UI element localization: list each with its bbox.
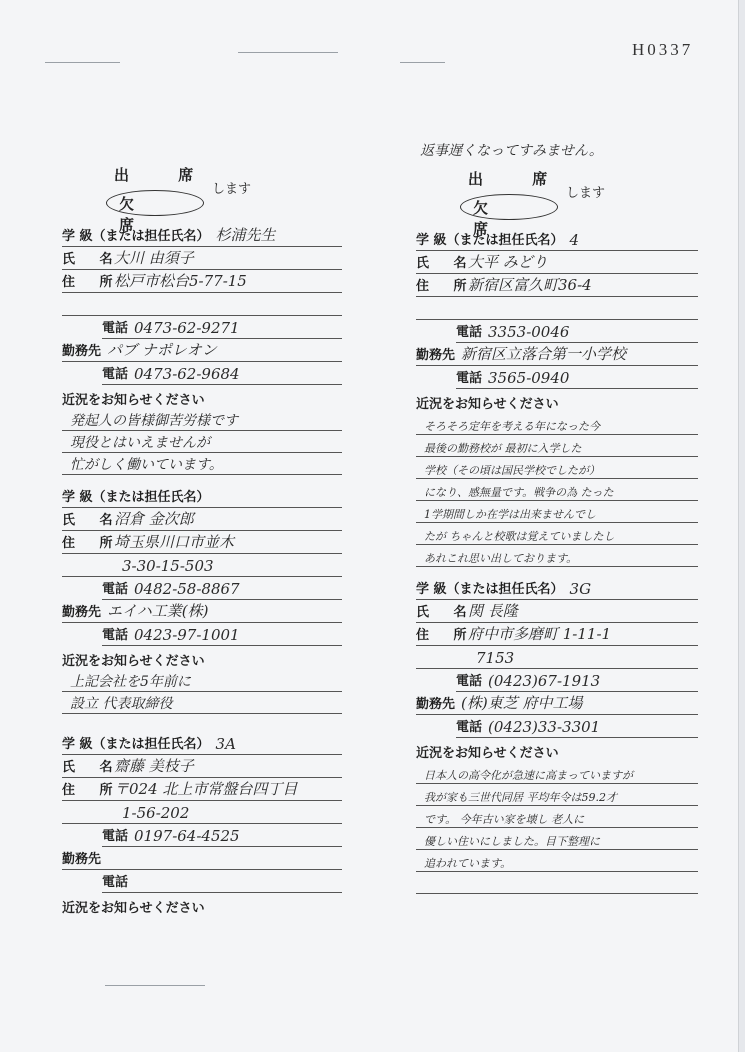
name-label: 氏 名 <box>62 248 108 269</box>
news-line: 最後の勤務校が 最初に入学した <box>416 435 698 457</box>
address-row-2 <box>62 293 342 316</box>
phone-row: 電話 0473-62-9271 <box>102 316 342 339</box>
name-value: 沼倉 金次郎 <box>108 508 194 530</box>
work-value: 新宿区立落合第一小学校 <box>455 343 626 365</box>
phone-row: 電話 3353-0046 <box>456 320 698 343</box>
class-row: 学 級（または担任氏名） 4 <box>416 228 698 251</box>
name-row: 氏 名 齋藤 美枝子 <box>62 755 342 778</box>
name-label: 氏 名 <box>62 509 108 530</box>
name-value: 関 長隆 <box>462 600 518 622</box>
work-phone-label: 電話 <box>102 624 128 645</box>
work-phone-label: 電話 <box>102 363 128 384</box>
phone-row: 電話 0197-64-4525 <box>102 824 342 847</box>
address-label: 住 所 <box>416 624 462 645</box>
work-row: 勤務先 パブ ナポレオン <box>62 339 342 362</box>
attend-option: 出 席 <box>468 168 569 189</box>
name-value: 大平 みどり <box>462 251 548 273</box>
news-line: 発起人の皆様御苦労様です <box>62 409 342 431</box>
news-label: 近況をお知らせください <box>416 738 698 762</box>
work-row: 勤務先 <box>62 847 342 870</box>
work-value <box>101 868 107 869</box>
address-value-2: 1-56-202 <box>62 804 189 823</box>
address-value: 〒024 北上市常盤台四丁目 <box>108 778 297 800</box>
attendance-choice: 出 席 欠 席 します <box>416 164 698 228</box>
scan-page-edge <box>738 0 745 1052</box>
address-label: 住 所 <box>62 779 108 800</box>
news-label: 近況をお知らせください <box>62 385 342 409</box>
work-phone-row: 電話 (0423)33-3301 <box>456 715 698 738</box>
scan-artifact-line <box>400 62 445 63</box>
news-label: 近況をお知らせください <box>416 389 698 413</box>
work-row: 勤務先 エイハ工業(株) <box>62 600 342 623</box>
news-line: 設立 代表取締役 <box>62 692 342 714</box>
address-value-2: 7153 <box>416 649 514 668</box>
attendance-choice: 出 席 欠 席 します <box>62 160 342 224</box>
class-row: 学 級（または担任氏名） 3A <box>62 732 342 755</box>
news-label: 近況をお知らせください <box>62 646 342 670</box>
work-row: 勤務先 新宿区立落合第一小学校 <box>416 343 698 366</box>
address-label: 住 所 <box>62 532 108 553</box>
class-row: 学 級（または担任氏名） 3G <box>416 577 698 600</box>
class-value: 3G <box>564 580 592 599</box>
class-value: 3A <box>210 735 236 754</box>
news-line: 我が家も三世代同居 平均年令は59.2才 <box>416 784 698 806</box>
address-row-2: 1-56-202 <box>62 801 342 824</box>
address-row: 住 所 松戸市松台5-77-15 <box>62 270 342 293</box>
work-label: 勤務先 <box>62 601 101 622</box>
work-phone-row: 電話 <box>102 870 342 893</box>
work-label: 勤務先 <box>416 344 455 365</box>
work-label: 勤務先 <box>416 693 455 714</box>
work-value: エイハ工業(株) <box>101 600 208 622</box>
left-column: 出 席 欠 席 します 学 級（または担任氏名） 杉浦先生 氏 名 大川 由須子… <box>62 160 342 917</box>
phone-row: 電話 (0423)67-1913 <box>456 669 698 692</box>
class-value: 杉浦先生 <box>210 224 276 246</box>
scan-artifact-line <box>238 52 338 53</box>
address-row: 住 所 新宿区富久町36-4 <box>416 274 698 297</box>
class-label: 学 級（または担任氏名） <box>62 733 210 754</box>
class-label: 学 級（または担任氏名） <box>62 486 210 507</box>
address-value-2 <box>62 314 122 315</box>
phone-value: (0423)67-1913 <box>482 672 600 691</box>
name-label: 氏 名 <box>416 601 462 622</box>
news-line: 学校（その頃は国民学校でしたが） <box>416 457 698 479</box>
news-line: 優しい住いにしました。目下整理に <box>416 828 698 850</box>
address-value: 松戸市松台5-77-15 <box>108 270 247 292</box>
address-label: 住 所 <box>416 275 462 296</box>
address-value: 新宿区富久町36-4 <box>462 274 592 296</box>
news-label: 近況をお知らせください <box>62 893 342 917</box>
phone-value: 0473-62-9271 <box>128 319 240 338</box>
work-label: 勤務先 <box>62 340 101 361</box>
work-phone-label: 電話 <box>456 716 482 737</box>
name-row: 氏 名 関 長隆 <box>416 600 698 623</box>
name-row: 氏 名 沼倉 金次郎 <box>62 508 342 531</box>
address-value-2 <box>416 318 476 319</box>
class-value: 4 <box>564 231 580 250</box>
work-phone-value: (0423)33-3301 <box>482 718 600 737</box>
phone-value: 0482-58-8867 <box>128 580 240 599</box>
attendance-suffix: します <box>212 178 251 197</box>
news-line: 追われています。 <box>416 850 698 872</box>
name-value: 齋藤 美枝子 <box>108 755 194 777</box>
attendance-suffix: します <box>566 182 605 201</box>
phone-label: 電話 <box>102 317 128 338</box>
absent-option-circled: 欠 席 <box>106 190 204 216</box>
work-phone-value: 0423-97-1001 <box>128 626 240 645</box>
name-value: 大川 由須子 <box>108 247 194 269</box>
phone-value: 3353-0046 <box>482 323 569 342</box>
work-phone-row: 電話 3565-0940 <box>456 366 698 389</box>
class-row: 学 級（または担任氏名） <box>62 485 342 508</box>
class-label: 学 級（または担任氏名） <box>62 225 210 246</box>
phone-label: 電話 <box>102 825 128 846</box>
class-label: 学 級（または担任氏名） <box>416 578 564 599</box>
work-phone-value <box>128 891 134 892</box>
phone-label: 電話 <box>102 578 128 599</box>
phone-row: 電話 0482-58-8867 <box>102 577 342 600</box>
address-value: 埼玉県川口市並木 <box>108 531 234 553</box>
address-value-2: 3-30-15-503 <box>62 557 214 576</box>
document-id: H0337 <box>632 40 693 60</box>
apology-note: 返事遅くなってすみません。 <box>420 140 698 164</box>
news-line: 上記会社を5年前に <box>62 670 342 692</box>
name-row: 氏 名 大川 由須子 <box>62 247 342 270</box>
address-value: 府中市多磨町 1-11-1 <box>462 623 611 645</box>
news-line: 1学期間しか在学は出来ませんでし <box>416 501 698 523</box>
right-column: 返事遅くなってすみません。 出 席 欠 席 します 学 級（または担任氏名） 4… <box>416 140 698 894</box>
news-line: あれこれ思い出しております。 <box>416 545 698 567</box>
name-label: 氏 名 <box>62 756 108 777</box>
news-line: たが ちゃんと校歌は覚えていましたし <box>416 523 698 545</box>
class-value <box>210 506 216 507</box>
work-value: (株)東芝 府中工場 <box>455 692 582 714</box>
address-row: 住 所 〒024 北上市常盤台四丁目 <box>62 778 342 801</box>
class-row: 学 級（または担任氏名） 杉浦先生 <box>62 224 342 247</box>
address-row-2: 3-30-15-503 <box>62 554 342 577</box>
phone-label: 電話 <box>456 321 482 342</box>
class-label: 学 級（または担任氏名） <box>416 229 564 250</box>
address-row-2 <box>416 297 698 320</box>
phone-value: 0197-64-4525 <box>128 827 240 846</box>
news-line: そろそろ定年を考える年になった今 <box>416 413 698 435</box>
address-row: 住 所 府中市多磨町 1-11-1 <box>416 623 698 646</box>
work-phone-value: 3565-0940 <box>482 369 569 388</box>
news-line: 現役とはいえませんが <box>62 431 342 453</box>
news-line: 日本人の高令化が急速に高まっていますが <box>416 762 698 784</box>
absent-option-circled: 欠 席 <box>460 194 558 220</box>
work-phone-row: 電話 0423-97-1001 <box>102 623 342 646</box>
work-phone-value: 0473-62-9684 <box>128 365 240 384</box>
work-phone-label: 電話 <box>456 367 482 388</box>
work-value: パブ ナポレオン <box>101 339 217 361</box>
work-phone-row: 電話 0473-62-9684 <box>102 362 342 385</box>
attend-option: 出 席 <box>114 164 215 185</box>
name-label: 氏 名 <box>416 252 462 273</box>
scan-artifact-line <box>105 985 205 986</box>
name-row: 氏 名 大平 みどり <box>416 251 698 274</box>
address-row: 住 所 埼玉県川口市並木 <box>62 531 342 554</box>
news-line: 忙がしく働いています。 <box>62 453 342 475</box>
address-row-2: 7153 <box>416 646 698 669</box>
news-line: になり、感無量です。戦争の為 たった <box>416 479 698 501</box>
scan-artifact-line <box>45 62 120 63</box>
work-phone-label: 電話 <box>102 871 128 892</box>
address-label: 住 所 <box>62 271 108 292</box>
work-row: 勤務先 (株)東芝 府中工場 <box>416 692 698 715</box>
news-line: です。 今年古い家を壊し 老人に <box>416 806 698 828</box>
work-label: 勤務先 <box>62 848 101 869</box>
news-line <box>416 872 698 894</box>
phone-label: 電話 <box>456 670 482 691</box>
